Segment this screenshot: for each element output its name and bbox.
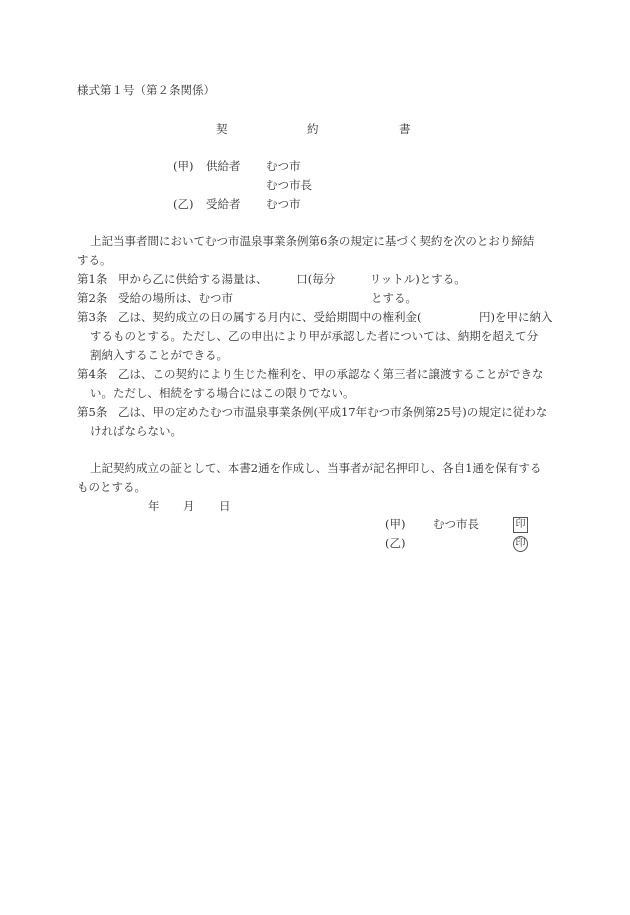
- closing-line: 上記契約成立の証として、本書2通を作成し、当事者が記名押印し、各自1通を保有する: [90, 463, 541, 475]
- supplier-line: むつ市長: [266, 180, 312, 192]
- article-text: 受給の場所は、むつ市 とする。: [118, 293, 417, 305]
- closing-line: ものとする。: [77, 482, 146, 494]
- supplier-line: むつ市: [266, 161, 301, 173]
- article-label: 第4条: [77, 369, 107, 381]
- article-text: 甲から乙に供給する湯量は、 口(毎分 リットル)とする。: [118, 274, 466, 286]
- date-month: 月: [183, 501, 195, 513]
- circle-seal-icon: 印: [513, 536, 528, 552]
- article-text: 乙は、この契約により生じた権利を、甲の承認なく第三者に譲渡することができな: [118, 369, 544, 381]
- article-text: ければならない。: [90, 426, 182, 438]
- signature-marker-otsu: (乙): [385, 538, 405, 550]
- square-seal-icon: 印: [513, 517, 528, 533]
- article-label: 第2条: [77, 293, 107, 305]
- article-text: い。ただし、相続をする場合にはこの限りでない。: [90, 388, 355, 400]
- party-marker-kou: (甲): [173, 161, 193, 173]
- party-role-receiver: 受給者: [206, 199, 241, 211]
- date-day: 日: [219, 501, 231, 513]
- article-text: 乙は、甲の定めたむつ市温泉事業条例(平成17年むつ市条例第25号)の規定に従わな: [118, 407, 547, 419]
- article-text: 乙は、契約成立の日の属する月内に、受給期間中の権利金( 円)を甲に納入: [118, 312, 552, 324]
- article-label: 第1条: [77, 274, 107, 286]
- article-label: 第3条: [77, 312, 107, 324]
- title-char: 約: [307, 124, 319, 136]
- article-text: するものとする。ただし、乙の申出により甲が承認した者については、納期を超えて分: [90, 331, 538, 343]
- party-role-supplier: 供給者: [206, 161, 241, 173]
- date-year: 年: [148, 501, 160, 513]
- preamble-line: する。: [77, 255, 112, 267]
- form-label: 様式第１号（第２条関係）: [77, 85, 215, 97]
- signature-name-kou: むつ市長: [433, 519, 479, 531]
- party-marker-otsu: (乙): [173, 199, 193, 211]
- preamble-line: 上記当事者間においてむつ市温泉事業条例第6条の規定に基づく契約を次のとおり締結: [90, 236, 534, 248]
- signature-marker-kou: (甲): [385, 519, 405, 531]
- title-char: 契: [216, 124, 228, 136]
- article-text: 割納入することができる。: [90, 350, 228, 362]
- title-char: 書: [399, 124, 411, 136]
- receiver-line: むつ市: [266, 199, 301, 211]
- article-label: 第5条: [77, 407, 107, 419]
